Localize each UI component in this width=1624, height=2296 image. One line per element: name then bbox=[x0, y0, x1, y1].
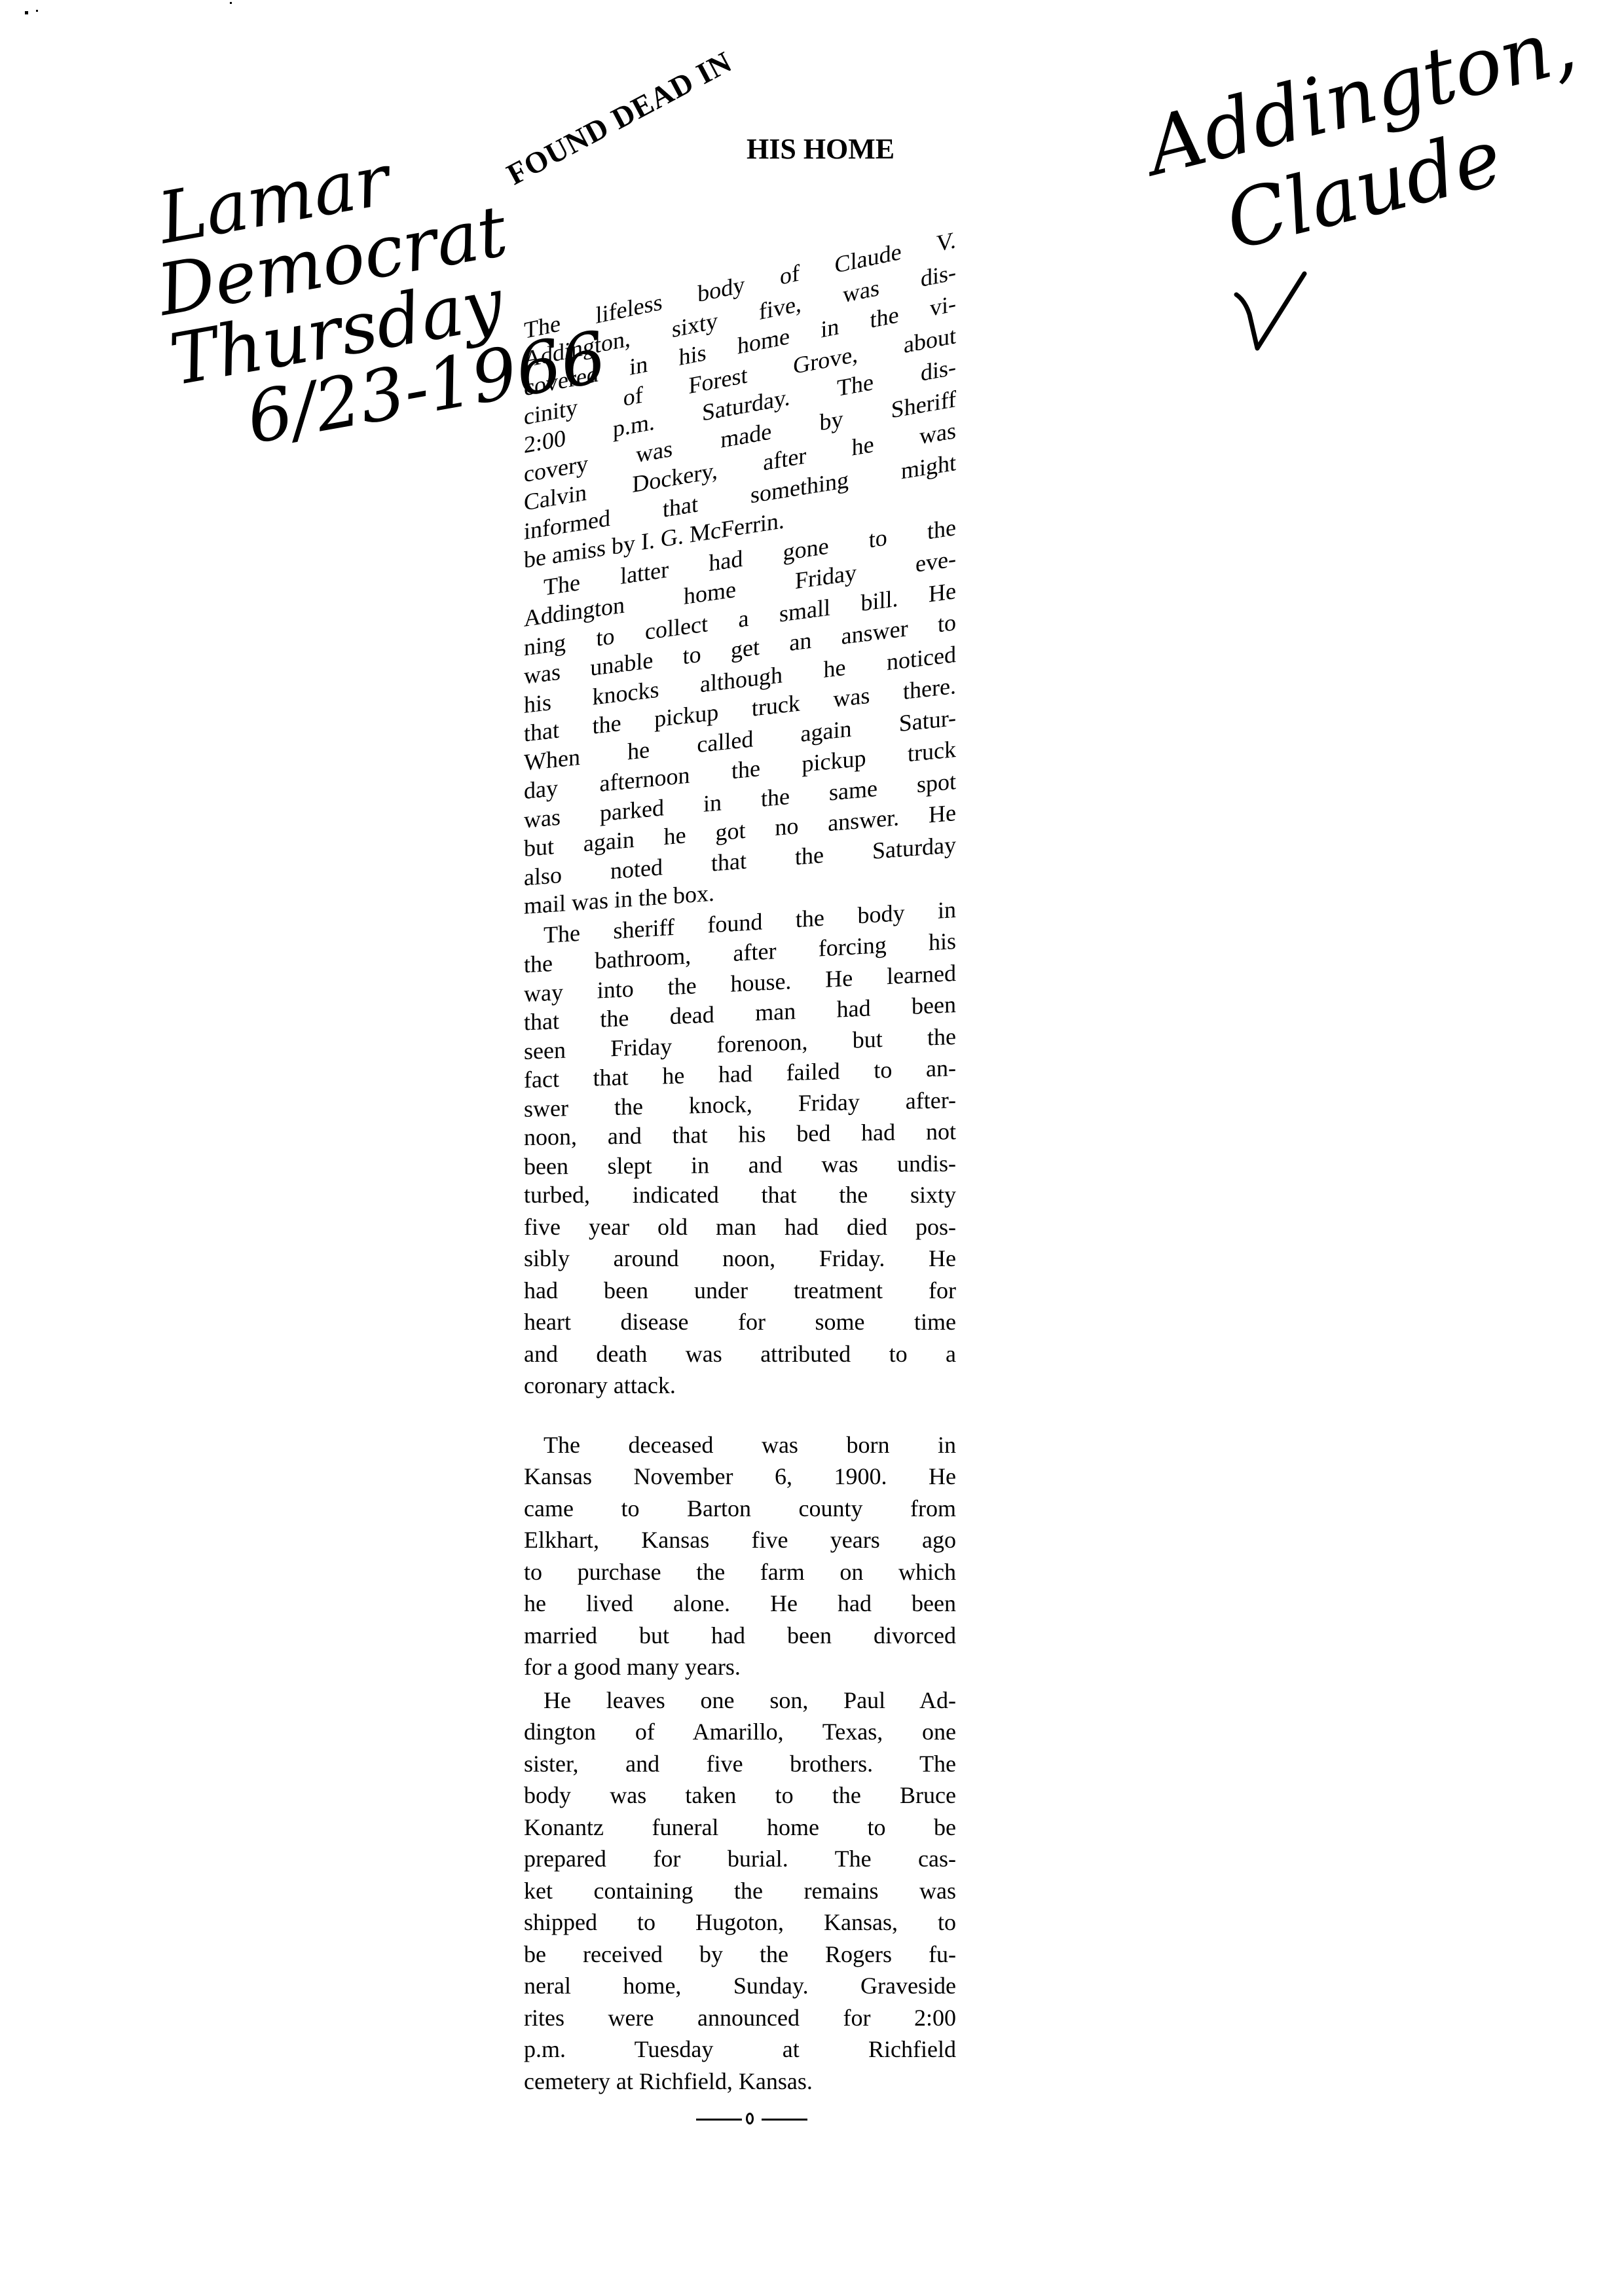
article-line: dington of Amarillo, Texas, one bbox=[524, 1716, 956, 1748]
end-of-article-mark bbox=[696, 2113, 807, 2126]
article-line: neral home, Sunday. Graveside bbox=[524, 1970, 956, 2002]
article-line: he lived alone. He had been bbox=[524, 1588, 956, 1620]
article-line: coronary attack. bbox=[524, 1370, 956, 1402]
article-paragraph: The lifeless body of Claude V.Addington,… bbox=[524, 224, 956, 510]
article-line: for a good many years. bbox=[524, 1651, 956, 1683]
article-line: He leaves one son, Paul Ad- bbox=[524, 1685, 956, 1717]
checkmark-icon bbox=[1231, 268, 1310, 354]
newspaper-clipping: FOUND DEAD IN HIS HOME The lifeless body… bbox=[524, 124, 956, 2126]
article-line: prepared for burial. The cas- bbox=[524, 1843, 956, 1875]
article-line: rites were announced for 2:00 bbox=[524, 2002, 956, 2034]
divider-ring bbox=[746, 2113, 754, 2124]
article-paragraph: The sheriff found the body inthe bathroo… bbox=[524, 894, 956, 1402]
article-line: sister, and five brothers. The bbox=[524, 1748, 956, 1780]
article-line: to purchase the farm on which bbox=[524, 1556, 956, 1588]
article-line: came to Barton county from bbox=[524, 1493, 956, 1525]
article-line: Kansas November 6, 1900. He bbox=[524, 1461, 956, 1493]
article-line: body was taken to the Bruce bbox=[524, 1779, 956, 1812]
article-paragraph: The latter had gone to theAddington home… bbox=[524, 511, 956, 892]
scan-speck bbox=[230, 2, 232, 4]
article-paragraph: The deceased was born inKansas November … bbox=[524, 1429, 956, 1683]
article-line: shipped to Hugoton, Kansas, to bbox=[524, 1906, 956, 1939]
article-line: be received by the Rogers fu- bbox=[524, 1939, 956, 1971]
article-line: p.m. Tuesday at Richfield bbox=[524, 2033, 956, 2066]
article-line: sibly around noon, Friday. He bbox=[524, 1243, 956, 1275]
scan-speck bbox=[36, 10, 38, 12]
scan-speck bbox=[25, 11, 28, 14]
article-line: Elkhart, Kansas five years ago bbox=[524, 1524, 956, 1556]
article-line: had been under treatment for bbox=[524, 1275, 956, 1307]
handwritten-name-note: Addington, Claude bbox=[1139, 5, 1606, 276]
article-line: five year old man had died pos- bbox=[524, 1211, 956, 1243]
article-line: and death was attributed to a bbox=[524, 1338, 956, 1370]
divider-rule-left bbox=[696, 2119, 742, 2121]
article-line: cemetery at Richfield, Kansas. bbox=[524, 2066, 956, 2098]
article-line: been slept in and was undis- bbox=[524, 1148, 956, 1182]
headline-part2: HIS HOME bbox=[747, 132, 895, 166]
article-paragraph: He leaves one son, Paul Ad-dington of Am… bbox=[524, 1685, 956, 2098]
article-line: Konantz funeral home to be bbox=[524, 1812, 956, 1844]
article-line: heart disease for some time bbox=[524, 1306, 956, 1338]
article-line: The deceased was born in bbox=[524, 1429, 956, 1461]
article-body: The lifeless body of Claude V.Addington,… bbox=[524, 224, 956, 2097]
divider-rule-right bbox=[762, 2119, 807, 2121]
headline: FOUND DEAD IN HIS HOME bbox=[524, 124, 956, 223]
article-line: turbed, indicated that the sixty bbox=[524, 1179, 956, 1211]
article-line: married but had been divorced bbox=[524, 1620, 956, 1652]
article-line: ket containing the remains was bbox=[524, 1875, 956, 1907]
